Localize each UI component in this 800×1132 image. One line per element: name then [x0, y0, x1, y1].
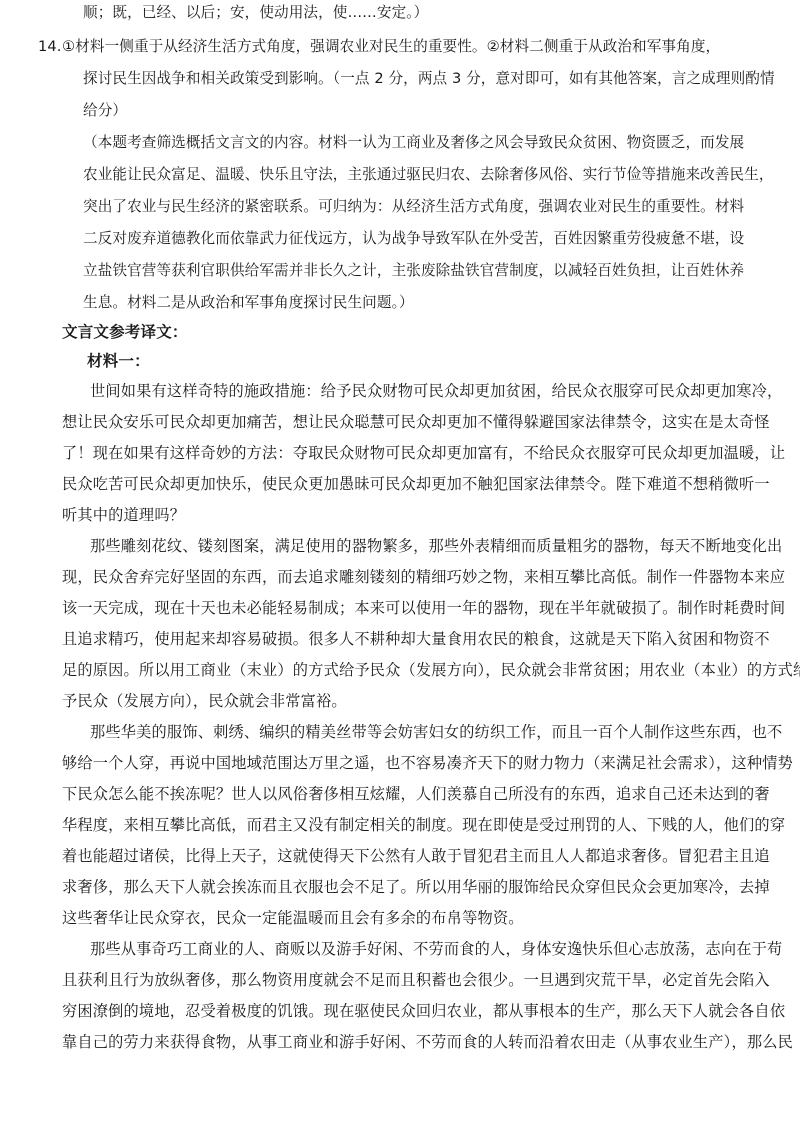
q14-explanation-line: 突出了农业与民生经济的紧密联系。可归纳为：从经济生活方式角度，强调农业对民生的重…: [83, 197, 744, 217]
material1-line: 穷困潦倒的境地，忍受着极度的饥饿。现在驱使民众回归农业，都从事根本的生产，那么天…: [62, 1001, 785, 1021]
material1-line: 靠自己的劳力来获得食物，从事工商业和游手好闲、不劳而食的人转而沿着农田走（从事农…: [62, 1032, 793, 1052]
material1-line: 那些华美的服饰、刺绣、编织的精美丝带等会妨害妇女的纺织工作，而且一百个人制作这些…: [90, 722, 782, 742]
q14-explanation-line: 立盐铁官营等获利官职供给军需并非长久之计，主张废除盐铁官营制度，以减轻百姓负担，…: [83, 261, 744, 281]
q14-answer-line: 给分）: [83, 101, 127, 121]
material1-line: 且获利且行为放纵奢侈，那么物资用度就会不足而且积蓄也会很少。一旦遇到灾荒干旱，必…: [62, 970, 770, 990]
question-number-14: 14.: [38, 37, 62, 57]
material1-line: 想让民众安乐可民众却更加痛苦，想让民众聪慧可民众却更加不懂得躲避国家法律禁令，这…: [62, 412, 770, 432]
answer-key-page: 顺；既，已经、以后；安，使动用法，使……安定。） 14. ①材料一侧重于从经济生…: [0, 0, 800, 1132]
material1-line: 现，民众舍弃完好坚固的东西，而去追求雕刻镂刻的精细巧妙之物，来相互攀比高低。制作…: [62, 567, 785, 587]
material1-line: 这些奢华让民众穿衣，民众一定能温暖而且会有多余的布帛等物资。: [62, 908, 524, 928]
material1-line: 够给一个人穿，再说中国地域范围达万里之遥，也不容易凑齐天下的财力物力（来满足社会…: [62, 753, 793, 773]
material1-line: 且追求精巧，使用起来却容易破损。很多人不耕种却大量食用农民的粮食，这就是天下陷入…: [62, 629, 770, 649]
material1-line: 那些雕刻花纹、镂刻图案，满足使用的器物繁多，那些外表精细而质量粗劣的器物，每天不…: [90, 536, 782, 556]
translation-heading: 文言文参考译文：: [62, 322, 188, 342]
material1-line: 了！现在如果有这样奇妙的方法：夺取民众财物可民众却更加富有，不给民众衣服穿可民众…: [62, 443, 785, 463]
q14-explanation-line: 农业能让民众富足、温暖、快乐且守法，主张通过驱民归农、去除奢侈风俗、实行节俭等措…: [83, 165, 774, 185]
material1-line: 该一天完成，现在十天也未必能轻易制成；本来可以使用一年的器物，现在半年就破损了。…: [62, 598, 785, 618]
q14-answer-line: ①材料一侧重于从经济生活方式角度，强调农业对民生的重要性。②材料二侧重于从政治和…: [62, 37, 720, 57]
material1-line: 足的原因。所以用工商业（末业）的方式给予民众（发展方向），民众就会非常贫困；用农…: [62, 660, 800, 680]
q14-answer-line: 探讨民生因战争和相关政策受到影响。（一点 2 分，两点 3 分，意对即可，如有其…: [83, 69, 775, 89]
material1-line: 下民众怎么能不挨冻呢？世人以风俗奢侈相互炫耀，人们羡慕自己所没有的东西，追求自己…: [62, 784, 770, 804]
material1-line: 民众吃苦可民众却更加快乐，使民众更加愚昧可民众却更加不触犯国家法律禁令。陛下难道…: [62, 474, 770, 494]
q14-explanation-line: 二反对废弃道德教化而依靠武力征伐远方，认为战争导致军队在外受苦，百姓因繁重劳役疲…: [83, 229, 744, 249]
material1-line: 听其中的道理吗？: [62, 505, 185, 525]
material1-heading: 材料一：: [87, 351, 150, 371]
material1-line: 着也能超过诸侯，比得上天子，这就使得天下公然有人敢于冒犯君主而且人人都追求奢侈。…: [62, 846, 770, 866]
answer-line: 顺；既，已经、以后；安，使动用法，使……安定。）: [83, 3, 428, 23]
material1-line: 求奢侈，那么天下人就会挨冻而且衣服也会不足了。所以用华丽的服饰给民众穿但民众会更…: [62, 877, 770, 897]
material1-line: 世间如果有这样奇特的施政措施：给予民众财物可民众却更加贫困，给民众衣服穿可民众却…: [90, 381, 782, 401]
q14-explanation-line: 生息。材料二是从政治和军事角度探讨民生问题。）: [83, 293, 414, 313]
material1-line: 那些从事奇巧工商业的人、商贩以及游手好闲、不劳而食的人，身体安逸快乐但心志放荡，…: [90, 939, 782, 959]
q14-explanation-line: （本题考查筛选概括文言文的内容。材料一认为工商业及奢侈之风会导致民众贫困、物资匮…: [83, 133, 744, 153]
material1-line: 予民众（发展方向），民众就会非常富裕。: [62, 691, 347, 711]
material1-line: 华程度，来相互攀比高低，而君主又没有制定相关的制度。现在即使是受过刑罚的人、下贱…: [62, 815, 785, 835]
